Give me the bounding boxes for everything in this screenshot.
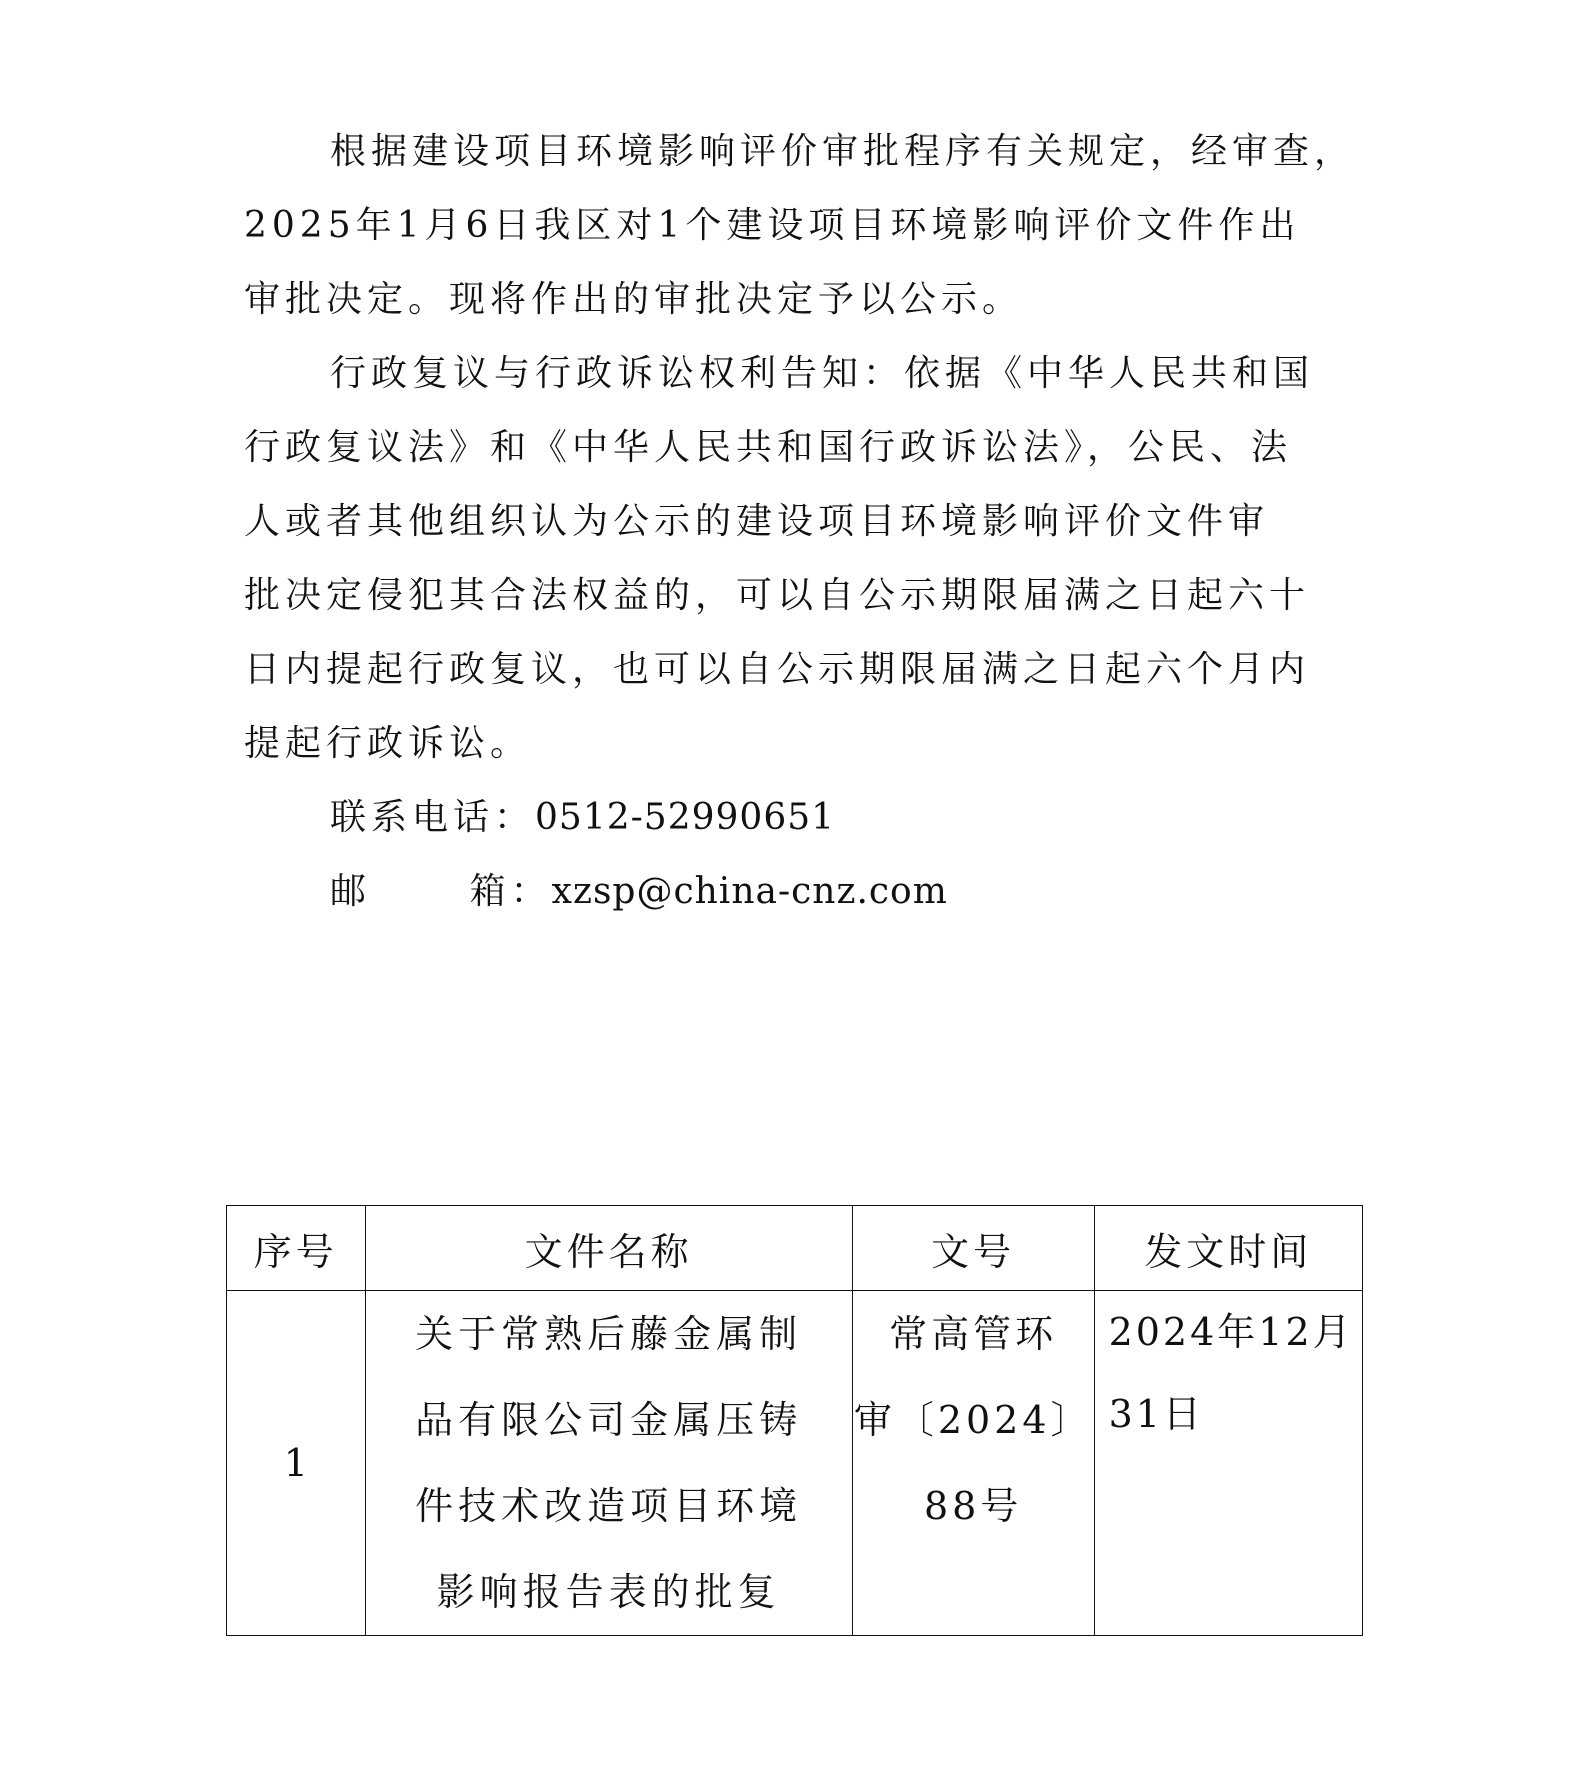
- text-line: 行政复议与行政诉讼权利告知：依据《中华人民共和国: [330, 356, 1314, 392]
- table-row: 1 关于常熟后藤金属制 品有限公司金属压铸 件技术改造项目环境 影响报告表的批复…: [227, 1291, 1363, 1636]
- header-seq: 序号: [227, 1206, 366, 1291]
- text-line: 日内提起行政复议，也可以自公示期限届满之日起六个月内: [244, 652, 1310, 688]
- header-doc-number: 文号: [852, 1206, 1094, 1291]
- contact-email: 邮 箱：xzsp@china-cnz.com: [330, 874, 948, 910]
- header-issue-date: 发文时间: [1094, 1206, 1362, 1291]
- phone-label: 联系电话：: [330, 797, 535, 838]
- file-name-line: 品有限公司金属压铸: [366, 1377, 852, 1463]
- cell-doc-number: 常高管环 审〔2024〕 88号: [852, 1291, 1094, 1636]
- text-line: 根据建设项目环境影响评价审批程序有关规定，经审查，: [330, 134, 1355, 170]
- text-line: 审批决定。现将作出的审批决定予以公示。: [244, 282, 1023, 318]
- approval-table: 序号 文件名称 文号 发文时间 1 关于常熟后藤金属制 品有限公司金属压铸 件技…: [226, 1205, 1363, 1636]
- date-line: 2024年12月: [1109, 1291, 1362, 1373]
- file-name-line: 影响报告表的批复: [366, 1549, 852, 1635]
- text-line: 批决定侵犯其合法权益的，可以自公示期限届满之日起六十: [244, 578, 1310, 614]
- doc-number-line: 88号: [853, 1463, 1094, 1549]
- email-value: xzsp@china-cnz.com: [552, 871, 948, 912]
- table-header-row: 序号 文件名称 文号 发文时间: [227, 1206, 1363, 1291]
- text-line: 行政复议法》和《中华人民共和国行政诉讼法》，公民、法: [244, 430, 1292, 466]
- doc-number-line: 常高管环: [853, 1291, 1094, 1377]
- file-name-line: 关于常熟后藤金属制: [366, 1291, 852, 1377]
- text-line: 2025年1月6日我区对1个建设项目环境影响评价文件作出: [244, 208, 1300, 244]
- file-name-line: 件技术改造项目环境: [366, 1463, 852, 1549]
- text-line: 人或者其他组织认为公示的建设项目环境影响评价文件审: [244, 504, 1269, 540]
- cell-seq: 1: [227, 1291, 366, 1636]
- email-label: 邮 箱：: [330, 871, 552, 912]
- doc-number-line: 审〔2024〕: [853, 1377, 1094, 1463]
- contact-phone: 联系电话：0512-52990651: [330, 800, 835, 836]
- date-line: 31日: [1109, 1373, 1362, 1455]
- phone-value: 0512-52990651: [535, 797, 835, 838]
- text-line: 提起行政诉讼。: [244, 726, 531, 762]
- cell-file-name: 关于常熟后藤金属制 品有限公司金属压铸 件技术改造项目环境 影响报告表的批复: [365, 1291, 852, 1636]
- cell-issue-date: 2024年12月 31日: [1094, 1291, 1362, 1636]
- header-file-name: 文件名称: [365, 1206, 852, 1291]
